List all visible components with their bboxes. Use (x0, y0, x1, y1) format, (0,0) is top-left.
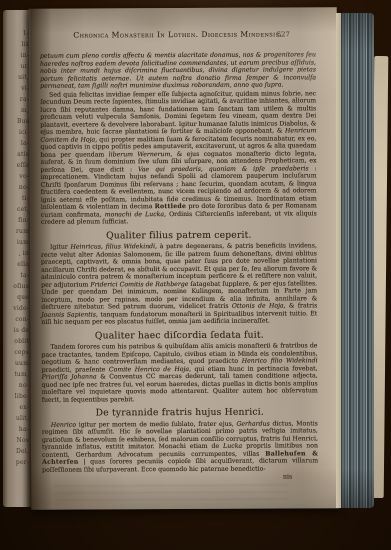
italic-text: monachi de Lucka (105, 211, 164, 218)
text-fragment: fin- (5, 215, 29, 226)
text-fragment: 1- (5, 28, 29, 39)
italic-text: Heinricus, filius Widekindi (70, 243, 155, 250)
roman-text: Igitur (50, 244, 71, 251)
text-fragment: ra- (5, 94, 29, 105)
text-fragment: ha- (5, 424, 29, 435)
paragraph: Igitur Heinricus, filius Widekindi, à pa… (41, 242, 317, 326)
italic-text: Henrico filio Widekindi (242, 357, 318, 364)
italic-text: Friderici Comitis de Rathberge (90, 280, 188, 288)
text-fragment: la- (5, 138, 29, 149)
text-fragment: ur, (5, 61, 29, 72)
left-page-edge: 1-lisin-ur,uit,vi-ra-m,Busici-la-atiseſſ… (3, 10, 31, 507)
text-fragment: ella (5, 259, 29, 270)
text-fragment: vi- (5, 83, 29, 94)
text-fragment: ta- (5, 270, 29, 281)
text-fragment: que (5, 292, 29, 303)
page-edge-highlight (336, 13, 341, 508)
text-fragment: m, (5, 105, 29, 116)
text-fragment: libe- (5, 391, 29, 402)
text-fragment: no- (5, 182, 29, 193)
text-fragment: rum (5, 226, 29, 237)
roman-text: Sed quia felicitas invidiae ſemper eſſe … (40, 90, 316, 136)
text-fragment: Bus (5, 116, 29, 127)
text-fragment: per- (5, 457, 29, 468)
text-fragment: uit, (5, 72, 29, 83)
text-fragment: uum (5, 358, 29, 369)
italic-text: Gerhardus (236, 420, 269, 427)
italic-text: Joannis Sapientis (41, 311, 96, 318)
text-fragment: tum, (5, 369, 29, 380)
section-heading: De tyrannide fratris hujus Henrici. (42, 406, 318, 418)
roman-text: , & fratris (284, 302, 318, 309)
fore-edge (336, 13, 374, 508)
running-header-title: Chronica Monasterii In Lothen. Dioecesis… (40, 29, 316, 39)
blackletter-text: Rottlede (155, 203, 187, 210)
text-block: Chronica Monasterii In Lothen. Dioecesis… (40, 29, 318, 505)
italic-text: liberum Wernerum (109, 151, 171, 158)
section-heading: Qualiter haec diſcordia ſedata fuit. (41, 329, 317, 341)
italic-text: Ottonis de Hoja (232, 302, 284, 309)
paragraph: Sed quia felicitas invidiae ſemper eſſe … (40, 90, 317, 226)
catchword: nis (42, 473, 318, 481)
page-number: 527 (277, 30, 290, 38)
italic-text: petuum cum pleno cordis affectu & mentis… (40, 51, 316, 89)
text-fragment: ex- (5, 402, 29, 413)
text-fragment: ulit, (5, 413, 29, 424)
paragraph: Henrico igitur per mortem de medio ſubla… (42, 420, 318, 474)
text-fragment: ceps (5, 347, 29, 358)
bleedthrough-ghost (54, 484, 288, 505)
paragraph: petuum cum pleno cordis affectu & mentis… (40, 51, 316, 90)
text-fragment: no- (5, 380, 29, 391)
text-fragment: ium (5, 237, 29, 248)
book-page: Chronica Monasterii In Lothen. Dioecesis… (29, 7, 340, 510)
paragraph: Tandem ſorores cum his patribus & quibuſ… (41, 342, 317, 403)
text-fragment: ici- (5, 127, 29, 138)
text-fragment: con- (5, 314, 29, 325)
text-fragment: Nos (5, 435, 29, 446)
italic-text: Henrico (51, 421, 76, 428)
roman-text: , qui etiam hunc in pertinacia fovebat, (189, 365, 318, 373)
text-fragment: atis (5, 149, 29, 160)
text-fragment: in- (5, 50, 29, 61)
text-fragment: eſſe (5, 160, 29, 171)
book-photo: 1-lisin-ur,uit,vi-ra-m,Busici-la-atiseſſ… (0, 0, 391, 550)
roman-text: | quas ſorores pecuniis copioſe ſibi acq… (42, 457, 318, 473)
running-header: Chronica Monasterii In Lothen. Dioecesis… (40, 29, 316, 41)
text-fragment: oſius (5, 281, 29, 292)
text-fragment: cet, (5, 204, 29, 215)
text-fragment: vide- (5, 303, 29, 314)
section-heading: Qualiter filius patrem ceperit. (41, 229, 317, 241)
body-text: petuum cum pleno cordis affectu & mentis… (40, 51, 318, 473)
left-page-fragments: 1-lisin-ur,uit,vi-ra-m,Busici-la-atiseſſ… (5, 28, 29, 468)
text-fragment: vo- (5, 171, 29, 182)
italic-text: Comite Henrico de Hoja (109, 365, 189, 372)
text-fragment: ti- (5, 193, 29, 204)
roman-text: praedicti, praeſente (42, 366, 109, 373)
italic-text: Lucka (223, 443, 242, 450)
text-fragment: , in (5, 248, 29, 259)
text-fragment: oblit (5, 336, 29, 347)
text-fragment: lis (5, 39, 29, 50)
italic-text: Prioriſſa Johanna (42, 373, 97, 380)
text-fragment: is de (5, 325, 29, 336)
text-fragment: Dei, (5, 446, 29, 457)
